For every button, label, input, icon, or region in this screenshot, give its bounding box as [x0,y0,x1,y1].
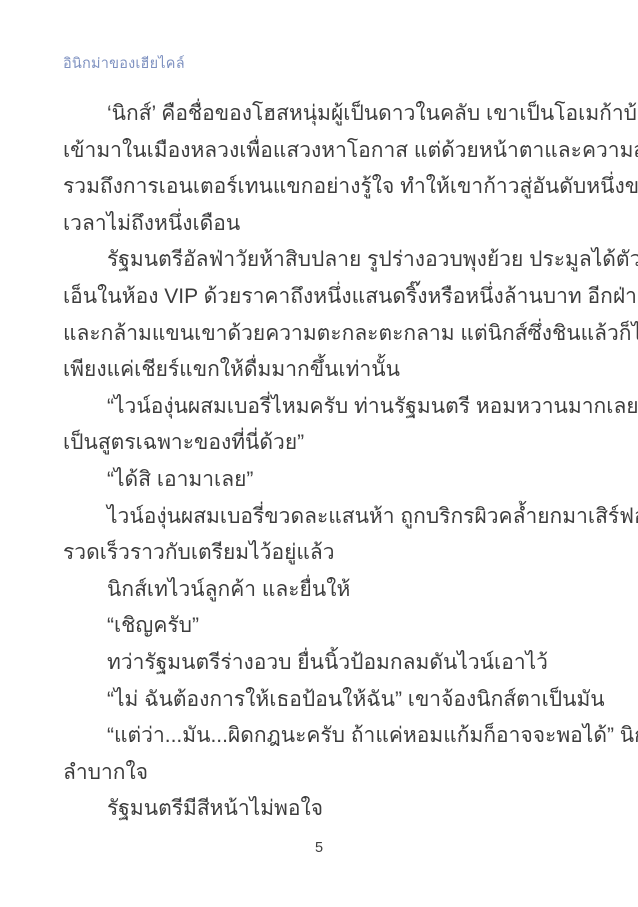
paragraph: “เชิญครับ” [63,608,577,645]
text-line: นิกส์เทไวน์ลูกค้า และยื่นให้ [63,572,577,609]
paragraph: ไวน์องุ่นผสมเบอรี่ขวดละแสนห้า ถูกบริกรผิ… [63,499,577,572]
text-line: “ไม่ ฉันต้องการให้เธอป้อนให้ฉัน” เขาจ้อง… [63,682,577,719]
text-line: เข้ามาในเมืองหลวงเพื่อแสวงหาโอกาส แต่ด้ว… [63,133,577,170]
text-line: ‘นิกส์’ คือชื่อของโฮสหนุ่มผู้เป็นดาวในคล… [63,96,577,133]
text-line: เอ็นในห้อง VIP ด้วยราคาถึงหนึ่งแสนดริ๊งห… [63,279,577,316]
text-line: เพียงแค่เชียร์แขกให้ดื่มมากขึ้นเท่านั้น [63,352,577,389]
text-line: ไวน์องุ่นผสมเบอรี่ขวดละแสนห้า ถูกบริกรผิ… [63,499,577,536]
story-text: ‘นิกส์’ คือชื่อของโฮสหนุ่มผู้เป็นดาวในคล… [63,96,577,828]
text-line: ลำบากใจ [63,755,577,792]
text-line: รัฐมนตรีมีสีหน้าไม่พอใจ [63,791,577,828]
text-line: “แต่ว่า...มัน...ผิดกฎนะครับ ถ้าแค่หอมแก้… [63,718,577,755]
paragraph: รัฐมนตรีอัลฟ่าวัยห้าสิบปลาย รูปร่างอวบพุ… [63,242,577,388]
text-line: “ได้สิ เอามาเลย” [63,462,577,499]
page-number: 5 [0,840,638,856]
text-line: ทว่ารัฐมนตรีร่างอวบ ยื่นนิ้วป้อมกลมดันไว… [63,645,577,682]
text-line: รวดเร็วราวกับเตรียมไว้อยู่แล้ว [63,535,577,572]
running-header-title: อินิกม่าของเฮียไคล์ [63,52,185,75]
text-line: “ไวน์องุ่นผสมเบอรี่ไหมครับ ท่านรัฐมนตรี … [63,389,577,426]
text-line: เวลาไม่ถึงหนึ่งเดือน [63,206,577,243]
text-line: รัฐมนตรีอัลฟ่าวัยห้าสิบปลาย รูปร่างอวบพุ… [63,242,577,279]
paragraph: รัฐมนตรีมีสีหน้าไม่พอใจ [63,791,577,828]
document-page: อินิกม่าของเฮียไคล์ ‘นิกส์’ คือชื่อของโฮ… [0,0,638,907]
text-line: “เชิญครับ” [63,608,577,645]
paragraph: “ไวน์องุ่นผสมเบอรี่ไหมครับ ท่านรัฐมนตรี … [63,389,577,462]
text-line: เป็นสูตรเฉพาะของที่นี่ด้วย” [63,425,577,462]
paragraph: “ได้สิ เอามาเลย” [63,462,577,499]
text-line: และกล้ามแขนเขาด้วยความตะกละตะกลาม แต่นิก… [63,316,577,353]
text-line: รวมถึงการเอนเตอร์เทนแขกอย่างรู้ใจ ทำให้เ… [63,169,577,206]
paragraph: ‘นิกส์’ คือชื่อของโฮสหนุ่มผู้เป็นดาวในคล… [63,96,577,242]
paragraph: นิกส์เทไวน์ลูกค้า และยื่นให้ [63,572,577,609]
paragraph: ทว่ารัฐมนตรีร่างอวบ ยื่นนิ้วป้อมกลมดันไว… [63,645,577,682]
paragraph: “แต่ว่า...มัน...ผิดกฎนะครับ ถ้าแค่หอมแก้… [63,718,577,791]
paragraph: “ไม่ ฉันต้องการให้เธอป้อนให้ฉัน” เขาจ้อง… [63,682,577,719]
